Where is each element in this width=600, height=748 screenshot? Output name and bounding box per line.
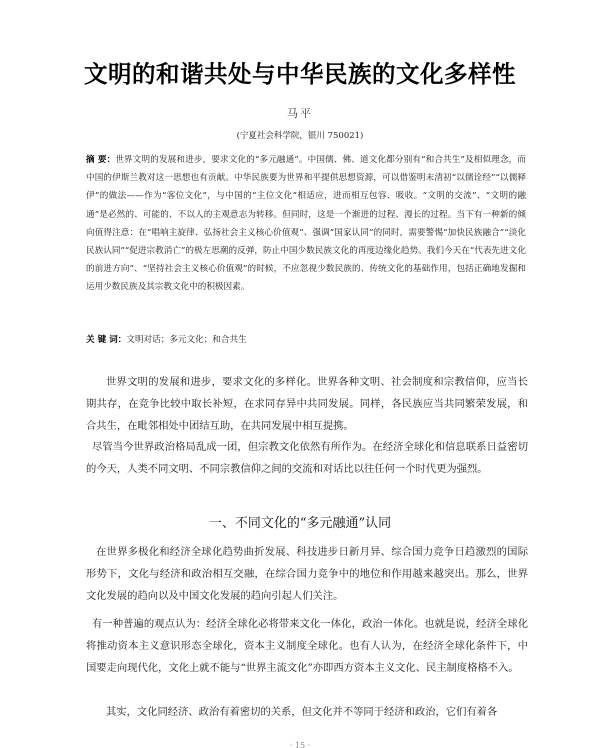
keywords-text: 文明对话；多元文化；和合共生 — [126, 335, 246, 345]
body-paragraph: 在世界多极化和经济全球化趋势曲折发展、科技进步日新月异、综合国力竞争日趋激烈的国… — [86, 541, 528, 608]
paper-title: 文明的和谐共处与中华民族的文化多样性 — [0, 55, 600, 89]
section-heading: 一、不同文化的“多元融通”认同 — [0, 512, 600, 531]
author-affiliation: (宁夏社会科学院，银川 750021) — [0, 129, 600, 141]
body-paragraph: 有一种普遍的观点认为：经济全球化必将带来文化一体化，政治一体化。也就是说，经济全… — [86, 613, 528, 680]
keywords-block: 关 键 词：文明对话；多元文化；和合共生 — [86, 333, 526, 345]
abstract-text: 世界文明的发展和进步，要求文化的“多元融通”。中国儒、佛、道文化都分别有“和合共… — [86, 155, 526, 292]
body-paragraph: 世界文明的发展和进步，要求文化的多样化。世界各种文明、社会制度和宗教信仰，应当长… — [86, 371, 528, 438]
body-paragraph: 其实，文化同经济、政治有着密切的关系，但文化并不等同于经济和政治，它们有着各 — [86, 701, 528, 723]
abstract-block: 摘 要：世界文明的发展和进步，要求文化的“多元融通”。中国儒、佛、道文化都分别有… — [86, 151, 526, 297]
keywords-label: 关 键 词： — [86, 335, 126, 345]
author-name: 马平 — [0, 105, 600, 121]
abstract-label: 摘 要： — [86, 155, 115, 165]
body-paragraph: 尽管当今世界政治格局乱成一团，但宗教文化依然有所作为。在经济全球化和信息联系日益… — [86, 436, 528, 480]
page-number: · 15 · — [0, 741, 600, 748]
